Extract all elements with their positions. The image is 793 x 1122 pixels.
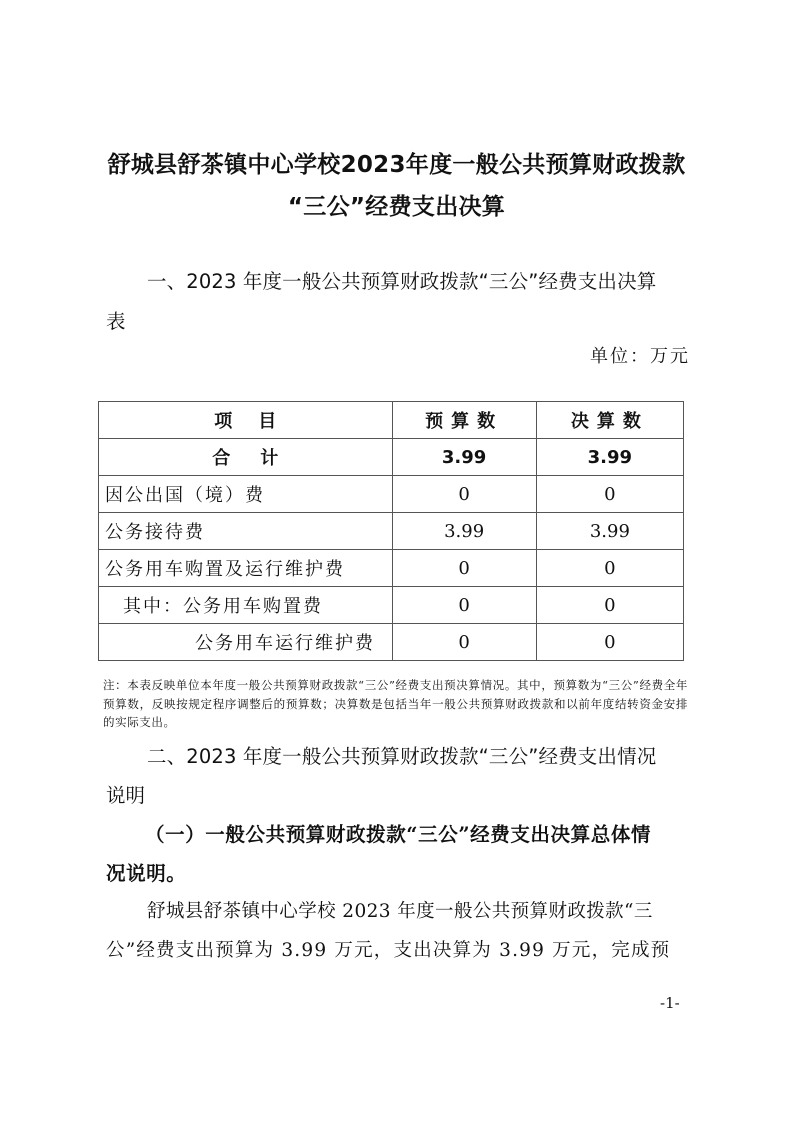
header-budget: 预算数 xyxy=(392,402,536,439)
section1-heading-line2: 表 xyxy=(106,306,126,334)
header-final: 决算数 xyxy=(536,402,683,439)
table-total-row: 合计 3.99 3.99 xyxy=(99,439,684,476)
row-budget: 0 xyxy=(392,624,536,661)
row-label: 因公出国（境）费 xyxy=(99,476,393,513)
section2-subheading-line2: 况说明。 xyxy=(106,858,186,886)
row-budget: 0 xyxy=(392,476,536,513)
row-label: 公务用车运行维护费 xyxy=(99,624,393,661)
row-budget: 0 xyxy=(392,587,536,624)
table-row: 公务用车购置及运行维护费 0 0 xyxy=(99,550,684,587)
total-final: 3.99 xyxy=(536,439,683,476)
unit-label: 单位：万元 xyxy=(590,342,690,368)
section2-heading-line2: 说明 xyxy=(106,780,145,808)
header-item: 项目 xyxy=(99,402,393,439)
row-label: 公务接待费 xyxy=(99,513,393,550)
section2-subheading-line1: （一）一般公共预算财政拨款“三公”经费支出决算总体情 xyxy=(145,819,651,847)
row-budget: 0 xyxy=(392,550,536,587)
row-label: 公务用车购置及运行维护费 xyxy=(99,550,393,587)
page-number: -1- xyxy=(660,994,680,1012)
section1-heading-line1: 一、2023 年度一般公共预算财政拨款“三公”经费支出决算 xyxy=(147,266,656,294)
table-row: 公务用车运行维护费 0 0 xyxy=(99,624,684,661)
row-final: 0 xyxy=(536,550,683,587)
body-paragraph-line1: 舒城县舒茶镇中心学校 2023 年度一般公共预算财政拨款“三 xyxy=(147,897,653,923)
row-budget: 3.99 xyxy=(392,513,536,550)
table-header-row: 项目 预算数 决算数 xyxy=(99,402,684,439)
section2-heading-line1: 二、2023 年度一般公共预算财政拨款“三公”经费支出情况 xyxy=(147,741,656,769)
table-row: 因公出国（境）费 0 0 xyxy=(99,476,684,513)
document-title-line2: “三公”经费支出决算 xyxy=(60,188,733,221)
table-note: 注：本表反映单位本年度一般公共预算财政拨款“三公”经费支出预决算情况。其中，预算… xyxy=(103,676,688,732)
row-final: 3.99 xyxy=(536,513,683,550)
row-final: 0 xyxy=(536,624,683,661)
document-title-line1: 舒城县舒茶镇中心学校2023年度一般公共预算财政拨款 xyxy=(60,146,733,179)
row-label: 其中：公务用车购置费 xyxy=(99,587,393,624)
row-final: 0 xyxy=(536,587,683,624)
row-final: 0 xyxy=(536,476,683,513)
body-paragraph-line2: 公”经费支出预算为 3.99 万元，支出决算为 3.99 万元，完成预 xyxy=(106,936,670,962)
table-row: 公务接待费 3.99 3.99 xyxy=(99,513,684,550)
total-label: 合计 xyxy=(99,439,393,476)
three-public-expenses-table: 项目 预算数 决算数 合计 3.99 3.99 因公出国（境）费 0 0 公务接… xyxy=(98,401,684,661)
total-budget: 3.99 xyxy=(392,439,536,476)
table-row: 其中：公务用车购置费 0 0 xyxy=(99,587,684,624)
